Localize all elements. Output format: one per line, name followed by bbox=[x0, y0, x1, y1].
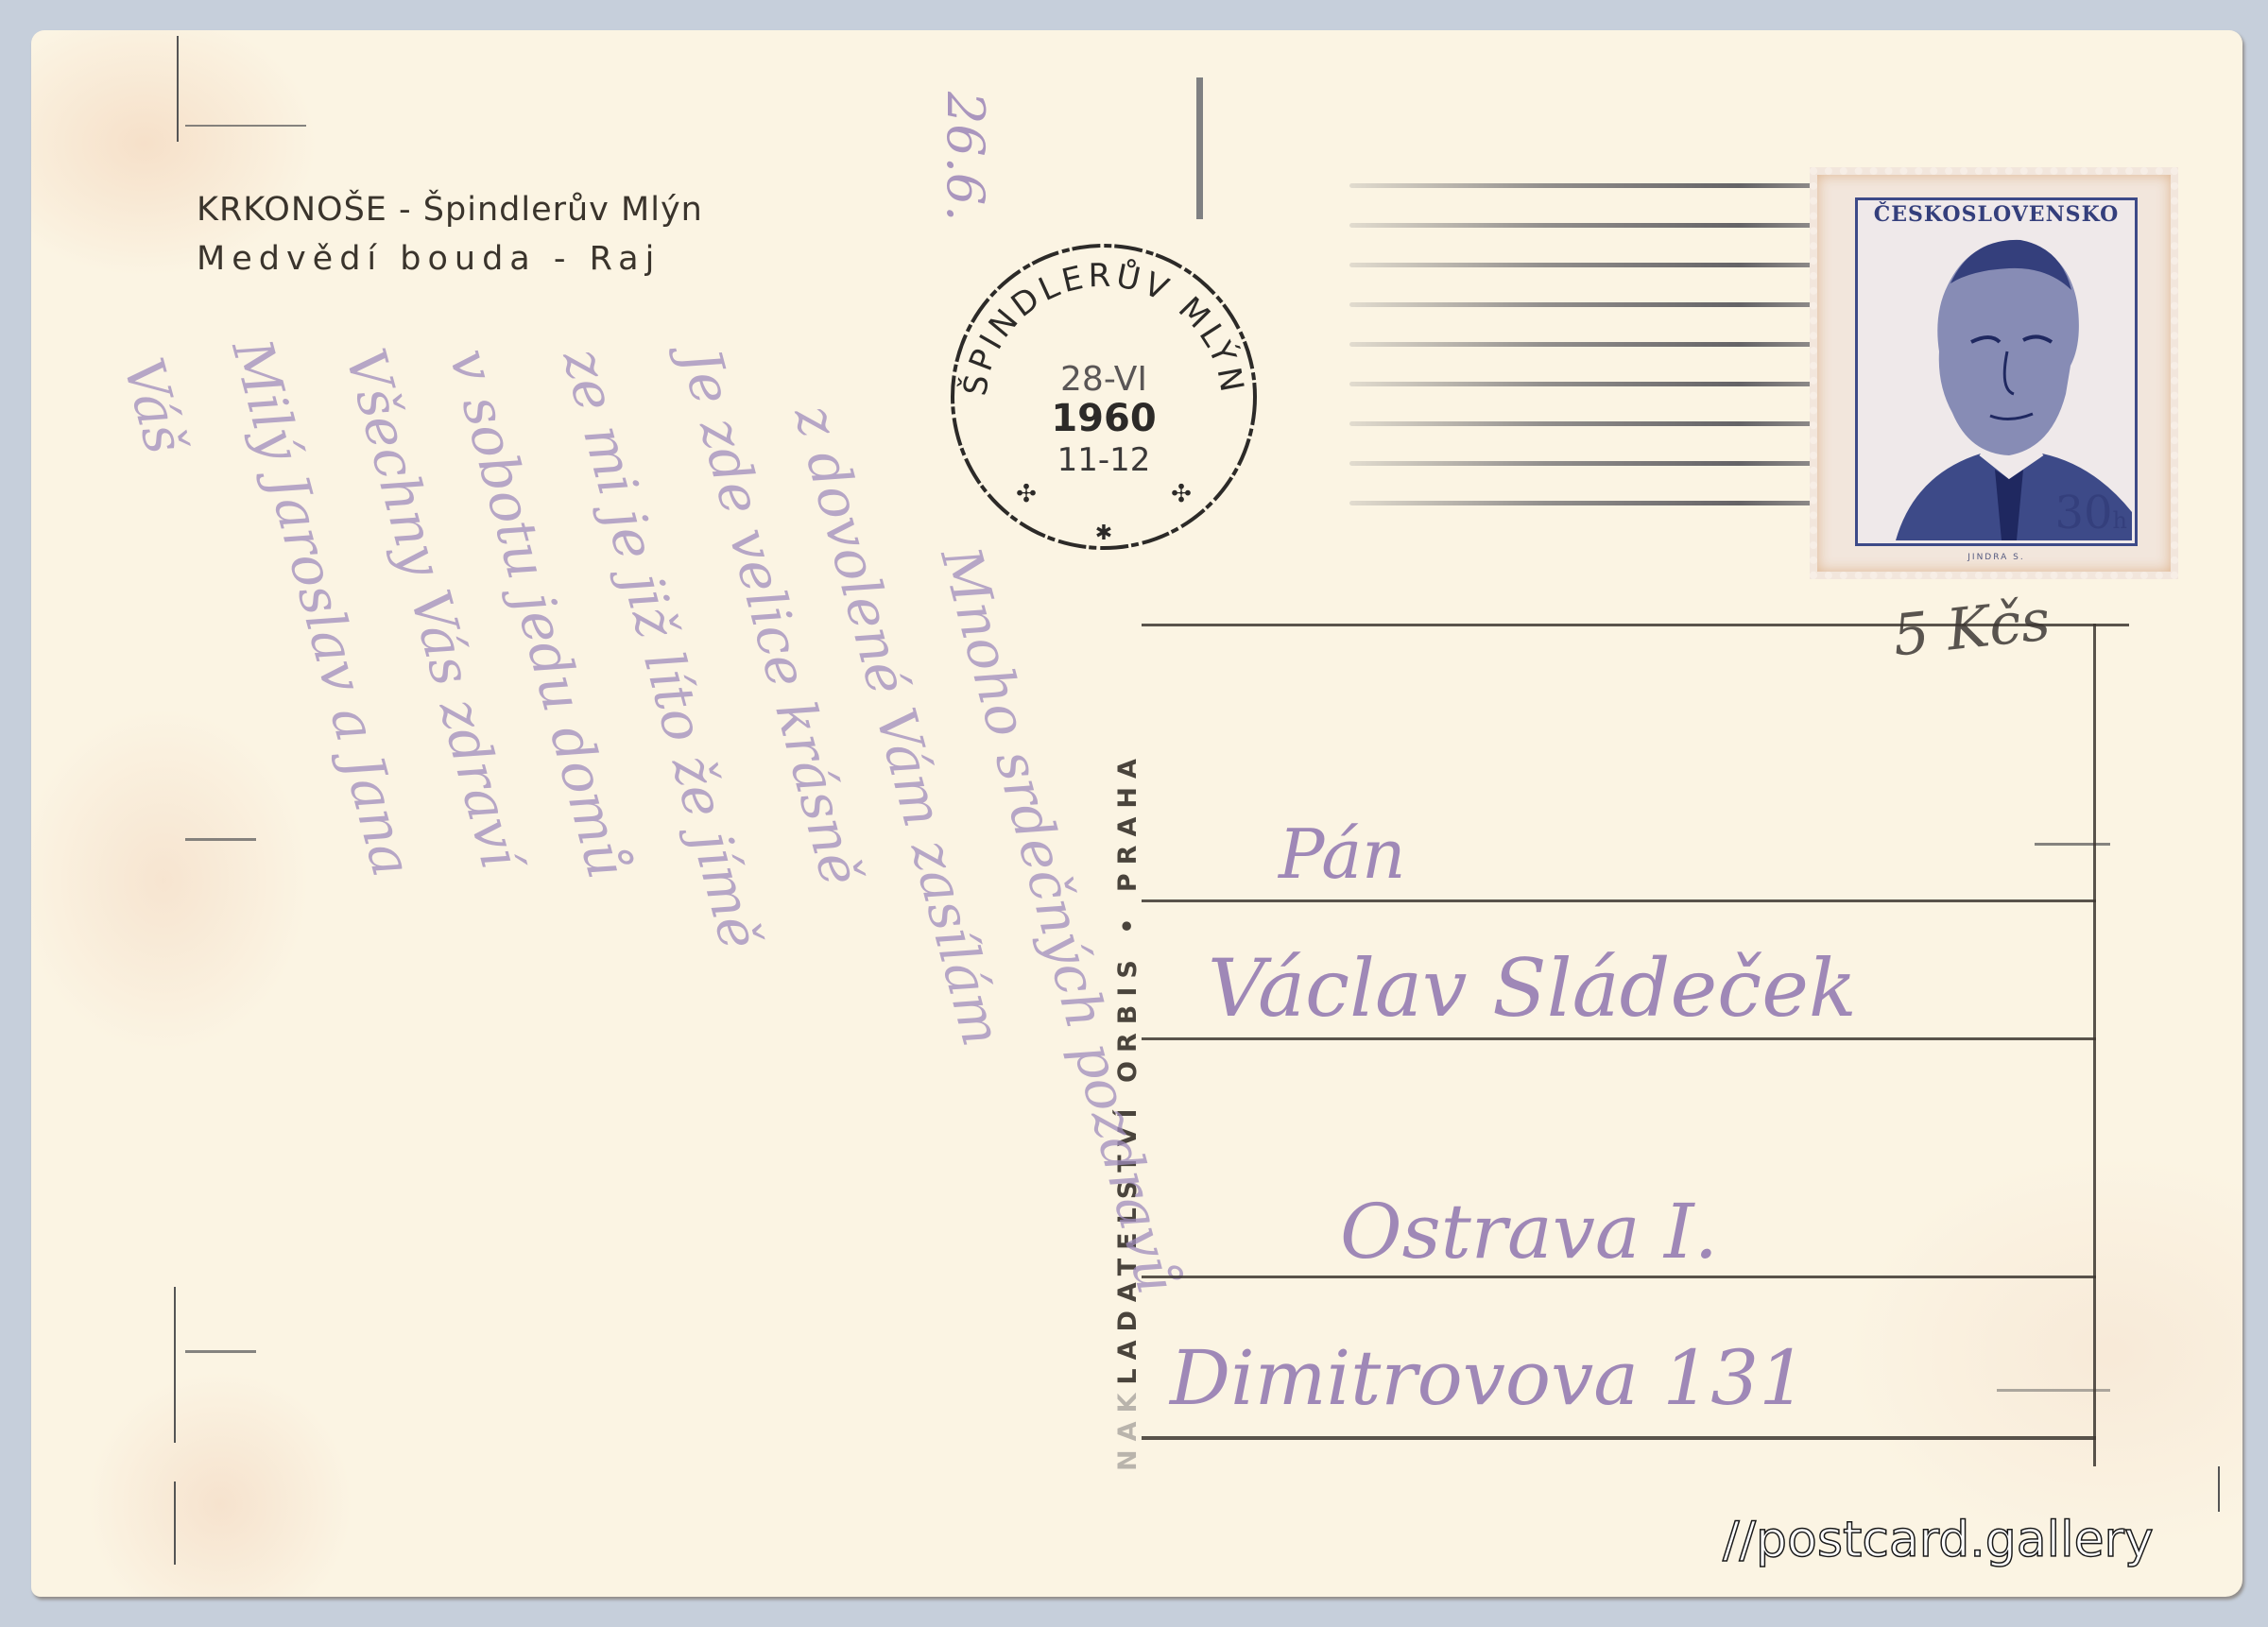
postmark-circle-icon: ŠPINDLERŮV MLÝN 28-VI 1960 11-12 ✣ ✣ ✱ bbox=[946, 239, 1262, 555]
crop-mark bbox=[174, 1481, 176, 1565]
address-line bbox=[1142, 1436, 2096, 1440]
cancellation-line bbox=[1349, 382, 1836, 386]
svg-text:28-VI: 28-VI bbox=[1060, 360, 1147, 399]
crop-mark bbox=[185, 125, 306, 127]
address-city: Ostrava I. bbox=[1340, 1188, 1718, 1276]
cancellation-line bbox=[1349, 223, 1836, 228]
cancellation-line bbox=[1349, 501, 1836, 505]
postmark: ŠPINDLERŮV MLÝN 28-VI 1960 11-12 ✣ ✣ ✱ bbox=[946, 239, 1262, 555]
address-street: Dimitrovova 131 bbox=[1170, 1334, 1807, 1422]
crop-mark bbox=[2035, 843, 2110, 846]
divider-line bbox=[1196, 77, 1203, 219]
stamp-engraver: JINDRA S. bbox=[1858, 553, 2135, 562]
address-line bbox=[1142, 624, 2129, 626]
crop-mark bbox=[185, 1350, 256, 1353]
svg-text:11-12: 11-12 bbox=[1057, 441, 1151, 479]
message-line: Váš bbox=[111, 351, 198, 460]
address-name: Václav Sládeček bbox=[1208, 942, 1857, 1035]
cancellation-line bbox=[1349, 263, 1836, 267]
postage-stamp: ČESKOSLOVENSKO 30h JINDRA S. bbox=[1810, 167, 2178, 579]
stamp-value: 30h bbox=[2054, 487, 2127, 539]
price-note: 5 Kčs bbox=[1890, 587, 2053, 669]
address-salutation: Pán bbox=[1279, 814, 1406, 894]
postcard-back: KRKONOŠE - Špindlerův Mlýn Medvědí bouda… bbox=[31, 30, 2242, 1597]
caption-line-2: Medvědí bouda - Raj bbox=[197, 240, 661, 278]
crop-mark bbox=[174, 1287, 176, 1443]
watermark: //postcard.gallery bbox=[1723, 1512, 2154, 1568]
address-line bbox=[1142, 1276, 2096, 1278]
svg-text:1960: 1960 bbox=[1051, 397, 1156, 440]
cancellation-line bbox=[1349, 342, 1836, 347]
crop-mark bbox=[2218, 1466, 2220, 1512]
cancellation-line bbox=[1349, 421, 1836, 426]
cancellation-line bbox=[1349, 183, 1836, 188]
cancellation-line bbox=[1349, 302, 1836, 307]
publisher-imprint-faded: NAK bbox=[1113, 1385, 1143, 1471]
address-box-right-edge bbox=[2093, 624, 2096, 1466]
crop-mark bbox=[185, 838, 256, 841]
svg-text:✣: ✣ bbox=[1016, 480, 1037, 508]
svg-text:✣: ✣ bbox=[1171, 480, 1192, 508]
address-line bbox=[1142, 899, 2096, 902]
handwritten-date: 26.6. bbox=[936, 92, 995, 221]
address-line bbox=[1142, 1037, 2096, 1040]
svg-text:✱: ✱ bbox=[1095, 522, 1112, 545]
stamp-frame: ČESKOSLOVENSKO 30h JINDRA S. bbox=[1855, 197, 2138, 546]
cancellation-line bbox=[1349, 461, 1836, 466]
crop-mark bbox=[177, 36, 179, 142]
caption-line-1: KRKONOŠE - Špindlerův Mlýn bbox=[197, 191, 703, 229]
